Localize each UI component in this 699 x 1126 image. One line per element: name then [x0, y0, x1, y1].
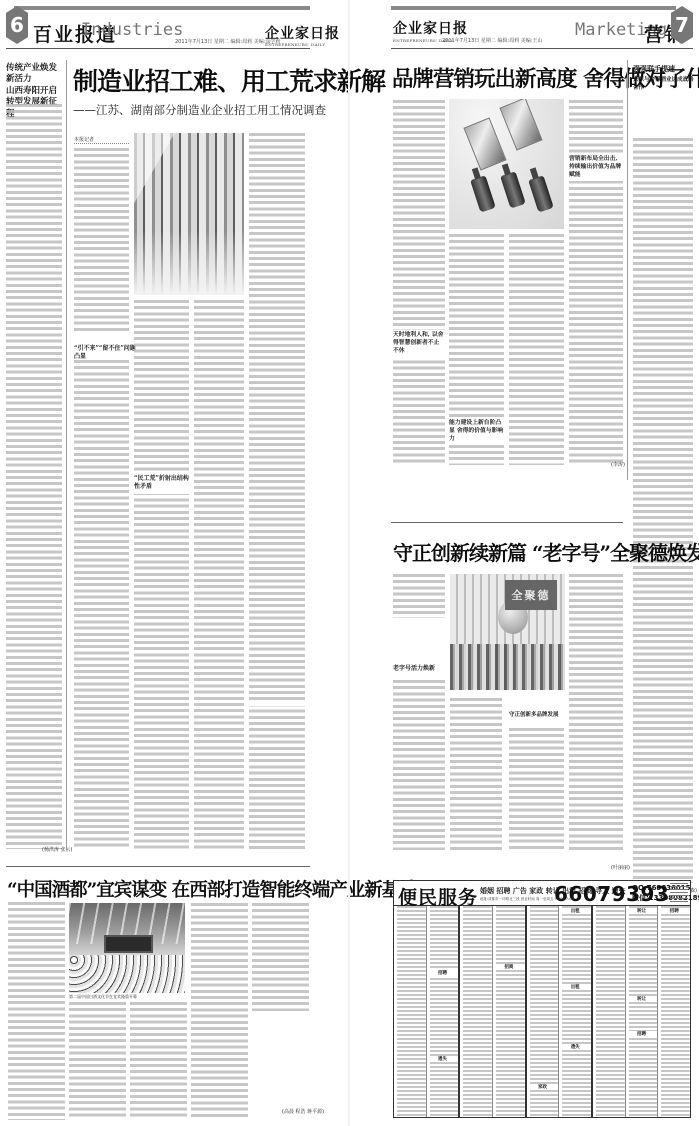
ad-column: [394, 906, 427, 1117]
column-rule: [627, 60, 628, 480]
ad-column: 招聘 遗失: [427, 906, 461, 1117]
lead-body-col4: [249, 133, 305, 850]
lead-body-col3: [194, 300, 244, 850]
bottle-3: [528, 175, 554, 212]
lead-headline: 制造业招工难、用工荒求新解: [73, 62, 385, 98]
lead-body-col3: [509, 234, 564, 465]
second-headline: 守正创新续新篇 “老字号”全聚德焕发新生机: [393, 537, 699, 566]
second-body-col3: [509, 728, 564, 850]
classified-contact: QQ:769036015 微信:13308082189: [632, 883, 699, 903]
photo-caption: 第二届中国白酒文化节在宜宾隆重开幕: [69, 994, 185, 1000]
side-headline-line-1: 强强联手提速: [633, 64, 695, 73]
page-number-badge: 7: [671, 6, 693, 44]
lead-subhead-2: 天时地利人和, 以舍得智慧创新者不止不休: [393, 330, 445, 357]
conference-hall-photo: [69, 903, 185, 993]
ad-category-label: 招商: [493, 964, 525, 970]
ad-category-label: 招聘: [427, 970, 459, 976]
masthead-logo: 企业家日报: [393, 18, 468, 38]
ad-column: [460, 906, 493, 1117]
classified-header: 便民服务 婚姻 招聘 广告 家政 转让 出租 招商 寻人 遗失 66079393…: [394, 881, 690, 906]
ad-category-label: 出租: [559, 984, 591, 990]
column-rule: [66, 60, 67, 850]
gift-box-1: [463, 117, 506, 170]
second-subhead-1: 老字号活力焕新: [393, 665, 448, 673]
bottle-2: [500, 171, 526, 208]
page-number-badge: 6: [6, 6, 28, 44]
header-bar: [14, 6, 310, 10]
header-rule: [391, 48, 693, 49]
ad-category-label: 招聘: [658, 908, 690, 914]
ad-column: [593, 906, 626, 1117]
ad-category-label: 遗失: [427, 1056, 459, 1062]
lead-body-col1: [74, 360, 129, 850]
masthead-logo: 企业家日报: [265, 23, 340, 43]
quanjude-store-photo: 全聚德: [450, 574, 565, 690]
ad-column: 家政: [527, 906, 560, 1117]
second-body-col1-top: [393, 574, 445, 618]
ad-category-label: 出租: [559, 908, 591, 914]
classified-notice: [670, 883, 688, 903]
bottom-body-col4: [191, 903, 248, 1120]
lead-subhead-1: 营销新布局全出击, 持续输出价值为品牌赋能: [569, 154, 623, 181]
lead-subhead-3: 能力建设上新台阶凸显 舍得的价值与影响力: [449, 418, 504, 445]
classified-mobile: 微信:13308082189: [632, 893, 699, 903]
lead-byline: 本报记者: [74, 136, 129, 144]
ad-column: 招聘: [658, 906, 690, 1117]
sidebar-headline-line-1: 传统产业焕发新活力: [6, 63, 62, 86]
classified-qq: QQ:769036015: [632, 883, 699, 893]
ad-category-label: 招聘: [626, 1031, 658, 1037]
side-headline: 强强联手提速 京东与舍得酒业达成战略合作: [633, 64, 695, 92]
lead-subheadline: ——江苏、湖南部分制造业企业招工用工情况调查: [73, 102, 326, 118]
header-bar: [391, 6, 676, 10]
side-body-text: [633, 138, 693, 883]
second-body-col4: [569, 574, 623, 850]
ad-category-label: 转让: [626, 996, 658, 1002]
section-title-en: Industries: [81, 20, 183, 40]
crowd-floor: [450, 644, 565, 690]
lead-credit: (李涛): [611, 461, 625, 468]
bottom-body-col3: [130, 1002, 187, 1120]
liquor-product-photo: [449, 99, 564, 229]
audience-crowd: [69, 955, 185, 993]
bottom-body-col5: [252, 903, 309, 1011]
second-body-col1: [393, 680, 445, 850]
lead-body-col1-top: [74, 148, 129, 332]
ad-category-label: 家政: [527, 1084, 559, 1090]
second-body-col2: [450, 698, 502, 850]
second-credit: (叶丽丽): [611, 864, 630, 871]
page-6-industries: 6 百业报道 Industries 2011年7月13日 星期二 编辑:周莉 美…: [0, 0, 349, 1126]
classified-columns: 招聘 遗失 招商 家政 出租 出租 遗失 转让 转让 招聘 招聘: [394, 906, 690, 1117]
ad-column: 招商: [493, 906, 527, 1117]
factory-photo: [134, 133, 244, 295]
ad-category-label: 遗失: [559, 1044, 591, 1050]
stage-screen: [104, 935, 153, 953]
store-sign: 全聚德: [505, 580, 557, 610]
ad-category-label: 转让: [626, 908, 658, 914]
bottom-body-col1: [8, 902, 65, 1120]
lead-subhead-2: “民工荒”折射出结构性矛盾: [134, 472, 189, 494]
sidebar-body-text: [6, 104, 62, 849]
dateline: 2011年7月13日 星期二 编辑:周莉 美编:王山: [442, 37, 542, 44]
lead-body-col1: [393, 100, 445, 465]
classified-ads-block: 便民服务 婚姻 招聘 广告 家政 转让 出租 招商 寻人 遗失 66079393…: [393, 880, 691, 1118]
ad-column: 出租 出租 遗失: [559, 906, 593, 1117]
bottom-credit: (高晨 程浩 蒋平源): [282, 1108, 324, 1115]
lead-subhead-3: [249, 700, 305, 706]
gift-box-2: [499, 99, 542, 151]
bottle-1: [470, 175, 496, 212]
sidebar-headline-line-2: 山西寿阳开启: [6, 86, 62, 97]
ad-column: 转让 转让 招聘: [626, 906, 659, 1117]
classified-address: 地址:成都市一环路北三段 营业时间 周一至周五 9:00-17:00: [480, 897, 574, 902]
side-headline-line-2: 京东与舍得酒业达成战略合作: [633, 77, 695, 92]
lead-subhead-1: “引不来”“留不住”问题凸显: [74, 345, 139, 361]
second-subhead-2: 守正创新多品牌发展: [509, 712, 567, 719]
lead-body-col2: [134, 300, 189, 850]
section-divider: [6, 866, 310, 867]
header-rule: [6, 48, 310, 49]
sidebar-credit: (杨洪涛 张云): [42, 846, 73, 853]
masthead-english: ENTREPRENEURS' DAILY: [265, 42, 325, 47]
bottom-body-col2: [69, 1002, 126, 1120]
section-divider: [391, 522, 623, 523]
